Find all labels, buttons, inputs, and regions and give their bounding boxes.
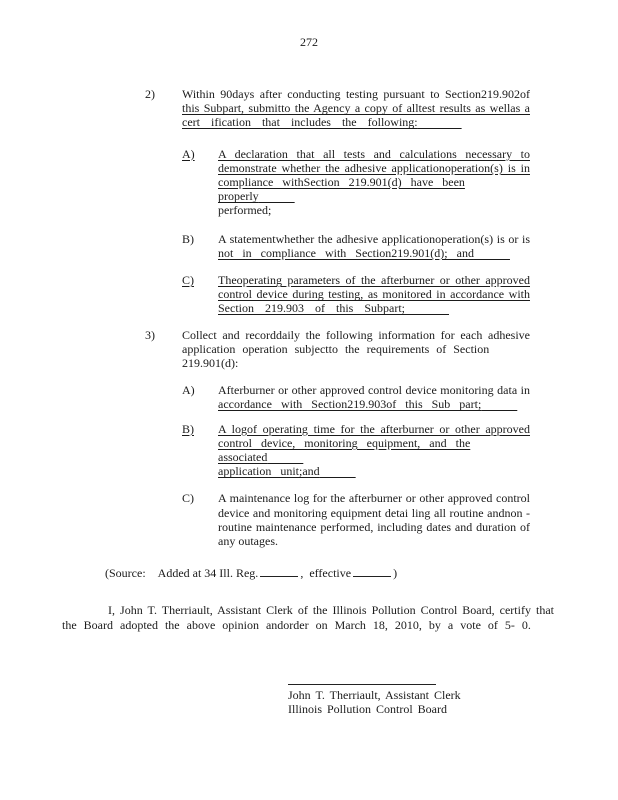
signature-block: John T. Therriault, Assistant Clerk Illi… [288,684,508,716]
text-line: Theoperating parameters of the afterburn… [218,273,530,287]
text-line: performed; [218,203,530,217]
text-line: any outages. [218,534,530,548]
text-line: this Subpart, submitto the Agency a copy… [182,101,530,115]
text-line: routine maintenance performed, including… [218,520,530,534]
list-item-3a: A) Afterburner or other approved control… [182,383,618,411]
text-line: cert ification that includes the followi… [182,115,530,129]
text-line: A logof operating time for the afterburn… [218,422,530,436]
item-number: 2) [145,87,182,130]
source-text: Added at 34 Ill. Reg. [158,566,259,580]
text-line: A statementwhether the adhesive applicat… [218,232,530,246]
signature-name: John T. Therriault, Assistant Clerk [288,688,508,702]
page-number: 272 [0,36,618,49]
item-letter: C) [182,273,218,316]
list-item-3: 3) Collect and recorddaily the following… [145,328,618,371]
text-line: application unit;and [218,464,530,478]
item-letter: C) [182,491,218,548]
text-line: not in compliance with Section219.901(d)… [218,246,530,260]
document-page: 272 2) Within 90days after conducting te… [0,0,618,800]
signature-org: Illinois Pollution Control Board [288,702,508,716]
list-item-2b: B) A statementwhether the adhesive appli… [182,232,618,260]
text-line: A maintenance log for the afterburner or… [218,491,530,505]
source-note: (Source:Added at 34 Ill. Reg.,effective) [105,564,618,580]
list-item-2: 2) Within 90days after conducting testin… [145,87,618,130]
item-letter: B) [182,422,218,479]
text-line: the Board adopted the above opinion ando… [62,618,554,632]
text-line: Section 219.903 of this Subpart; [218,301,530,315]
source-comma: , [300,566,303,580]
item-letter: A) [182,147,218,218]
text-line: Collect and recorddaily the following in… [182,328,530,342]
text-line: control device during testing, as monito… [218,287,530,301]
source-effective: effective [309,566,351,580]
text-line: device and monitoring equipment detai li… [218,506,530,520]
certification-paragraph: I, John T. Therriault, Assistant Clerk o… [62,603,554,631]
item-number: 3) [145,328,182,371]
item-letter: A) [182,383,218,411]
signature-line [288,684,436,685]
text-line: Within 90days after conducting testing p… [182,87,530,101]
text-line: control device, monitoring equipment, an… [218,436,530,464]
list-item-3c: C) A maintenance log for the afterburner… [182,491,618,548]
list-item-2a: A) A declaration that all tests and calc… [182,147,618,218]
source-open: (Source: [105,566,146,580]
text-line: application operation subjectto the requ… [182,342,530,370]
text-line: demonstrate whether the adhesive applica… [218,161,530,175]
text-line: A declaration that all tests and calcula… [218,147,530,161]
text-line: accordance with Section219.903of this Su… [218,397,530,411]
list-item-3b: B) A logof operating time for the afterb… [182,422,618,479]
item-letter: B) [182,232,218,260]
text-line: Afterburner or other approved control de… [218,383,530,397]
text-line: I, John T. Therriault, Assistant Clerk o… [62,603,554,617]
source-close: ) [393,566,397,580]
blank-field [260,564,298,577]
text-line: compliance withSection 219.901(d) have b… [218,175,530,203]
blank-field [353,564,391,577]
list-item-2c: C) Theoperating parameters of the afterb… [182,273,618,316]
